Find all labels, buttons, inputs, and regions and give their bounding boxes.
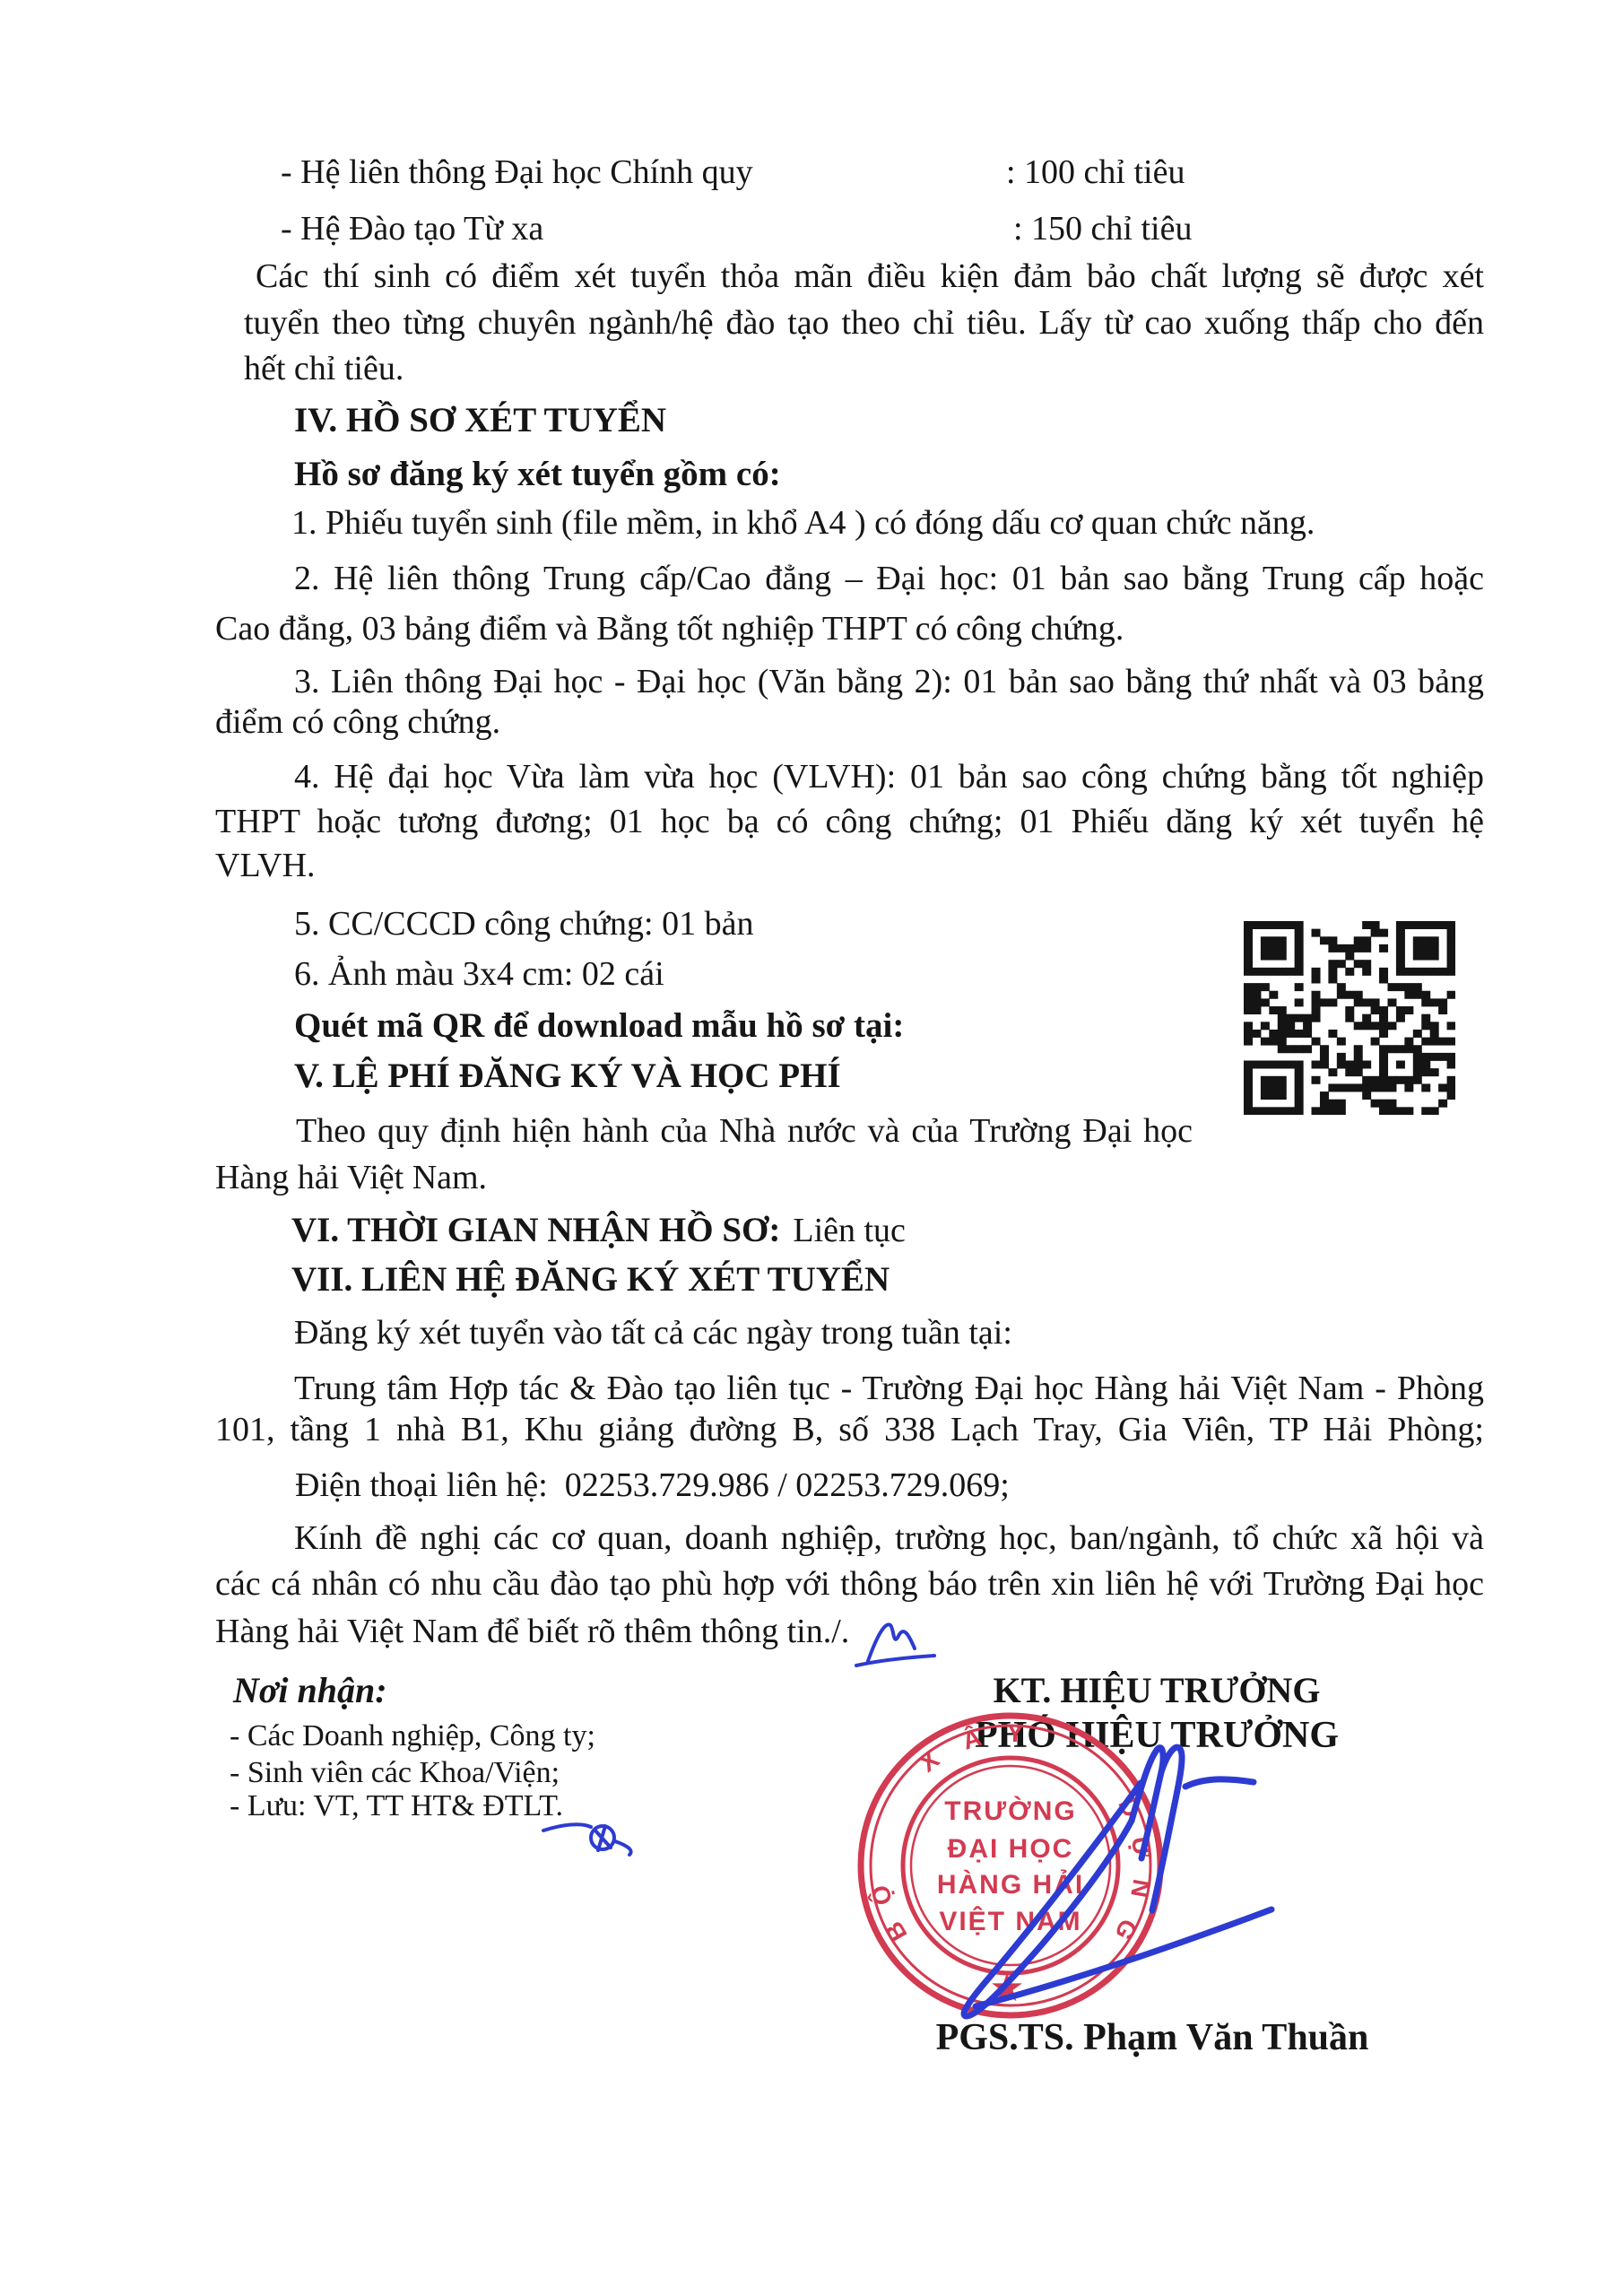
stamp-ring-letter: Y (1006, 1719, 1024, 1748)
stamp-and-signature-overlay: BỘXÂYDỰNG TRƯỜNG ĐẠI HỌC HÀNG HẢI VIỆT N… (0, 0, 1623, 2296)
document-page: - Hệ liên thông Đại học Chính quy : 100 … (0, 0, 1623, 2296)
stamp-ring-letter: N (1125, 1877, 1156, 1900)
official-stamp: BỘXÂYDỰNG TRƯỜNG ĐẠI HỌC HÀNG HẢI VIỆT N… (861, 1716, 1160, 2015)
paraph-after-closing (856, 1624, 934, 1665)
paraph-after-recipients (543, 1824, 631, 1855)
stamp-line: ĐẠI HỌC (948, 1834, 1074, 1864)
stamp-ring-letter: Ộ (865, 1883, 898, 1908)
stamp-line: TRƯỜNG (944, 1796, 1076, 1826)
